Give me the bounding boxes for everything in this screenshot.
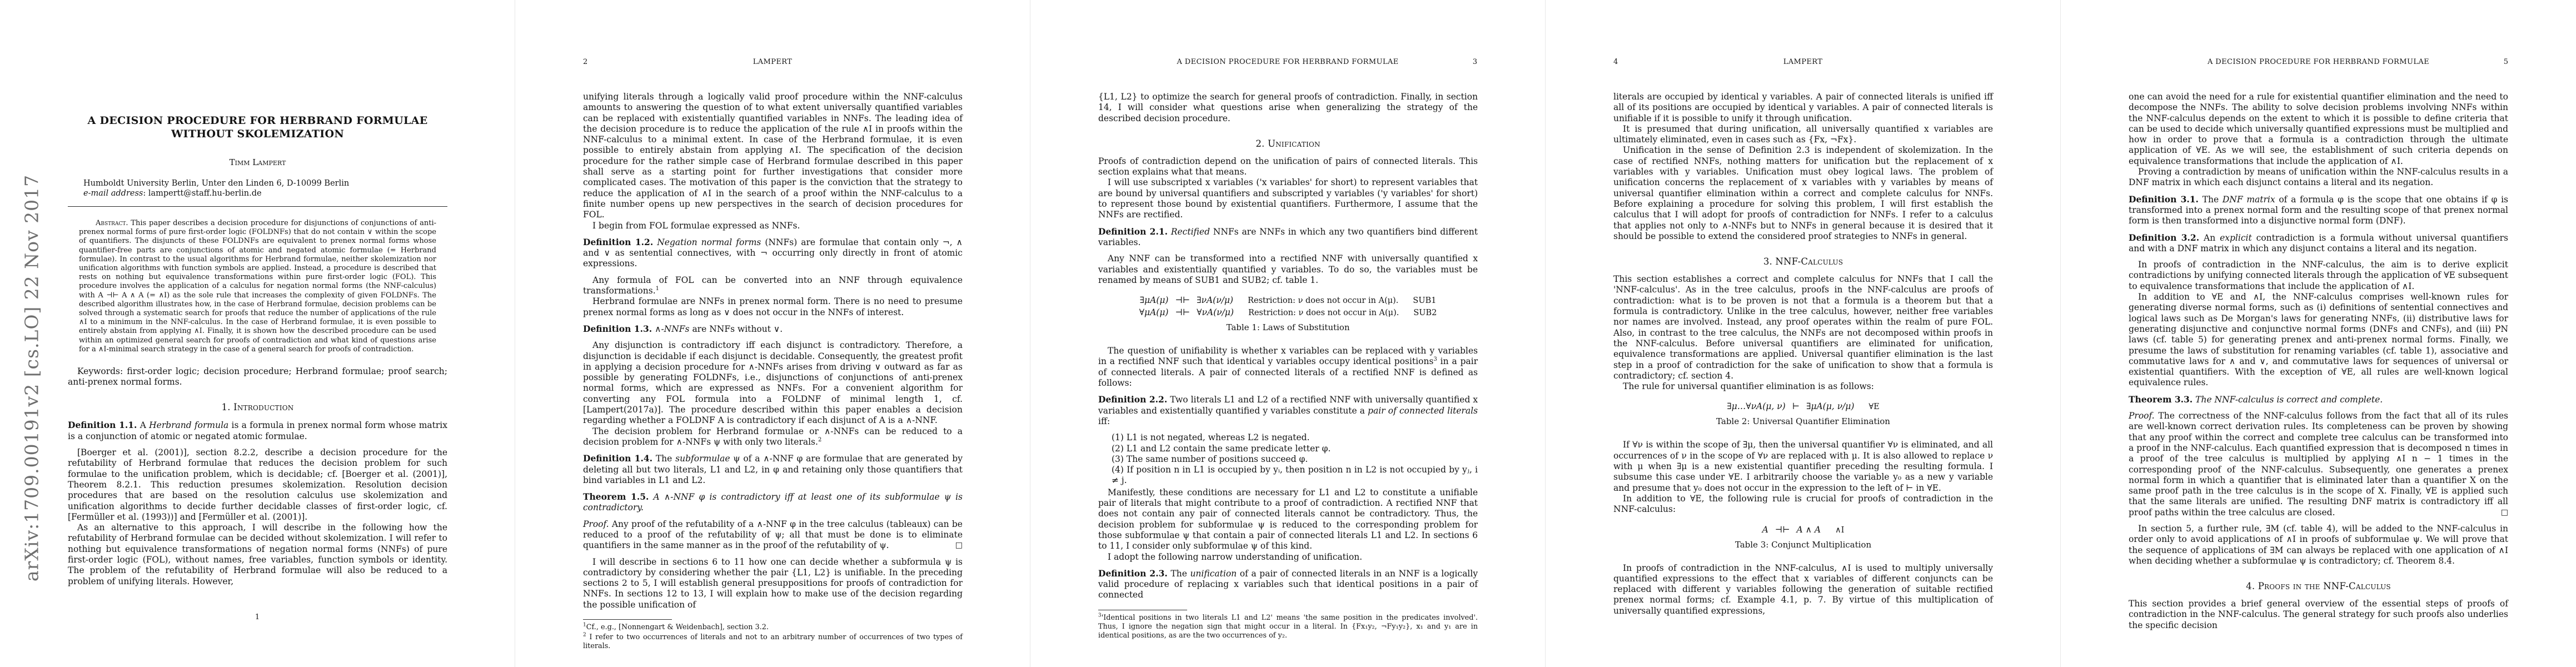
table-row: A ⊣⊢ A ∧ A ∧I bbox=[1613, 524, 1993, 536]
list-item: (2) L1 and L2 contain the same predicate… bbox=[1112, 444, 1478, 454]
paragraph: In section 5, a further rule, ∃M (cf. ta… bbox=[2129, 524, 2508, 566]
table-caption: Table 1: Laws of Substitution bbox=[1098, 322, 1478, 332]
running-head: A DECISION PROCEDURE FOR HERBRAND FORMUL… bbox=[1098, 58, 1477, 68]
address: Humboldt University Berlin, Unter den Li… bbox=[68, 178, 447, 198]
email-value: : lampertt@staff.hu-berlin.de bbox=[143, 189, 261, 198]
paragraph: [Boerger et al. (2001)], section 8.2.2, … bbox=[68, 447, 447, 522]
definition-1-2: Definition 1.2. Negation normal forms (N… bbox=[583, 237, 963, 270]
paper-spread: arXiv:1709.00191v2 [cs.LO] 22 Nov 2017 A… bbox=[0, 0, 2576, 667]
paragraph: It is presumed that during unification, … bbox=[1613, 124, 1993, 146]
paragraph: I will use subscripted x variables ('x v… bbox=[1098, 177, 1478, 220]
enumerated-list: (1) L1 is not negated, whereas L2 is neg… bbox=[1112, 432, 1478, 486]
page-5: A DECISION PROCEDURE FOR HERBRAND FORMUL… bbox=[2061, 0, 2576, 667]
paragraph: one can avoid the need for a rule for ex… bbox=[2129, 92, 2508, 167]
paper-title: A DECISION PROCEDURE FOR HERBRAND FORMUL… bbox=[68, 114, 447, 141]
email-line: e-mail address: lampertt@staff.hu-berlin… bbox=[83, 188, 447, 198]
paragraph: Manifestly, these conditions are necessa… bbox=[1098, 487, 1478, 552]
definition-2-1: Definition 2.1. Rectified NNFs are NNFs … bbox=[1098, 226, 1478, 248]
definition-1-1: Definition 1.1. A Herbrand formula is a … bbox=[68, 420, 447, 442]
table-row: ∃μ…∀νA(μ, ν) ⊢ ∃μA(μ, ν/μ) ∀E bbox=[1613, 401, 1993, 413]
abstract-label: Abstract. bbox=[96, 219, 128, 227]
footnote-rule bbox=[1098, 610, 1187, 610]
list-item: (4) If position n in L1 is occupied by y… bbox=[1112, 465, 1478, 486]
definition-1-4: Definition 1.4. The subformulae ψ of a ∧… bbox=[583, 453, 963, 486]
keywords: Keywords: first-order logic; decision pr… bbox=[68, 366, 447, 387]
paragraph: If ∀ν is within the scope of ∃μ, then th… bbox=[1613, 440, 1993, 493]
section-heading-2: 2. Unification bbox=[1098, 138, 1478, 149]
running-head: 4 LAMPERT bbox=[1613, 58, 1992, 68]
running-title: A DECISION PROCEDURE FOR HERBRAND FORMUL… bbox=[2129, 58, 2508, 66]
running-head: 2 LAMPERT bbox=[583, 58, 962, 68]
theorem-1-5: Theorem 1.5. A ∧-NNF φ is contradictory … bbox=[583, 491, 963, 514]
abstract-text: This paper describes a decision procedur… bbox=[79, 219, 436, 354]
paragraph: In addition to ∀E and ∧I, the NNF-calcul… bbox=[2129, 292, 2508, 389]
address-line: Humboldt University Berlin, Unter den Li… bbox=[83, 178, 447, 188]
paragraph: In addition to ∀E, the following rule is… bbox=[1613, 494, 1993, 515]
running-author: LAMPERT bbox=[1613, 58, 1992, 66]
paragraph: In proofs of contradiction in the NNF-ca… bbox=[2129, 260, 2508, 292]
section-heading-3: 3. NNF-Calculus bbox=[1613, 256, 1993, 267]
definition-2-3: Definition 2.3. The unification of a pai… bbox=[1098, 568, 1478, 601]
section-heading-4: 4. Proofs in the NNF-Calculus bbox=[2129, 581, 2508, 591]
page-number: 4 bbox=[1613, 58, 1618, 66]
paragraph: This section provides a brief general ov… bbox=[2129, 599, 2508, 631]
paragraph: This section establishes a correct and c… bbox=[1613, 274, 1993, 381]
author: Timm Lampert bbox=[68, 157, 447, 167]
paragraph: I adopt the following narrow understandi… bbox=[1098, 552, 1478, 563]
table-row: ∀μA(μ) ⊣⊢ ∀νA(ν/μ) Restriction: ν does n… bbox=[1098, 307, 1478, 319]
paragraph: As an alternative to this approach, I wi… bbox=[68, 522, 447, 587]
footnote-3: 3'Identical positions in two literals L1… bbox=[1098, 614, 1478, 640]
email-label: e-mail address bbox=[83, 189, 143, 198]
paragraph: Any formula of FOL can be converted into… bbox=[583, 275, 963, 297]
page-1: arXiv:1709.00191v2 [cs.LO] 22 Nov 2017 A… bbox=[0, 0, 515, 667]
list-item: (1) L1 is not negated, whereas L2 is neg… bbox=[1112, 432, 1478, 443]
proof-1-5: Proof. Any proof of the refutability of … bbox=[583, 519, 963, 551]
paragraph: The decision problem for Herbrand formul… bbox=[583, 426, 963, 448]
definition-1-3: Definition 1.3. ∧-NNFs are NNFs without … bbox=[583, 323, 963, 335]
table-1: ∃μA(μ) ⊣⊢ ∃νA(ν/μ) Restriction: ν does n… bbox=[1098, 295, 1478, 332]
paragraph: Herbrand formulae are NNFs in prenex nor… bbox=[583, 296, 963, 318]
header-rule bbox=[68, 206, 447, 207]
running-title: A DECISION PROCEDURE FOR HERBRAND FORMUL… bbox=[1098, 58, 1477, 66]
paragraph: Proving a contradiction by means of unif… bbox=[2129, 167, 2508, 188]
page-number: 5 bbox=[2504, 58, 2508, 66]
abstract: Abstract. This paper describes a decisio… bbox=[79, 219, 436, 354]
footnote-marker: 1 bbox=[656, 286, 659, 292]
paragraph: I will describe in sections 6 to 11 how … bbox=[583, 557, 963, 610]
footnote-2: 2 I refer to two occurrences of literals… bbox=[583, 633, 963, 651]
proof-3-3: Proof. The correctness of the NNF-calcul… bbox=[2129, 411, 2508, 518]
running-author: LAMPERT bbox=[583, 58, 962, 66]
paragraph: {L1, L2} to optimize the search for gene… bbox=[1098, 92, 1478, 124]
running-head: A DECISION PROCEDURE FOR HERBRAND FORMUL… bbox=[2129, 58, 2508, 68]
page-number: 3 bbox=[1473, 58, 1477, 66]
paragraph: In proofs of contradiction in the NNF-ca… bbox=[1613, 563, 1993, 616]
paragraph: Any NNF can be transformed into a rectif… bbox=[1098, 253, 1478, 286]
footnote-1: 1Cf., e.g., [Nonnengart & Weidenbach], s… bbox=[583, 623, 963, 632]
qed-box: □ bbox=[955, 540, 963, 551]
definition-3-1: Definition 3.1. The DNF matrix of a form… bbox=[2129, 194, 2508, 227]
theorem-3-3: Theorem 3.3. The NNF-calculus is correct… bbox=[2129, 394, 2508, 405]
table-caption: Table 3: Conjunct Multiplication bbox=[1613, 540, 1993, 550]
footnote-rule bbox=[583, 619, 672, 620]
table-2: ∃μ…∀νA(μ, ν) ⊢ ∃μA(μ, ν/μ) ∀E Table 2: U… bbox=[1613, 401, 1993, 426]
paragraph: Any disjunction is contradictory iff eac… bbox=[583, 340, 963, 426]
page-4: 4 LAMPERT literals are occupied by ident… bbox=[1546, 0, 2061, 667]
table-caption: Table 2: Universal Quantifier Eliminatio… bbox=[1613, 416, 1993, 426]
paragraph: The rule for universal quantifier elimin… bbox=[1613, 381, 1993, 392]
section-heading-1: 1. Introduction bbox=[68, 402, 447, 412]
paragraph: Proofs of contradiction depend on the un… bbox=[1098, 156, 1478, 178]
arxiv-stamp: arXiv:1709.00191v2 [cs.LO] 22 Nov 2017 bbox=[21, 175, 43, 581]
page-number: 1 bbox=[0, 613, 515, 621]
table-3: A ⊣⊢ A ∧ A ∧I Table 3: Conjunct Multipli… bbox=[1613, 524, 1993, 550]
paragraph: unifying literals through a logically va… bbox=[583, 92, 963, 221]
paragraph: I begin from FOL formulae expressed as N… bbox=[583, 221, 963, 231]
qed-box: □ bbox=[2501, 507, 2508, 518]
footnote-marker: 2 bbox=[818, 437, 821, 443]
definition-3-2: Definition 3.2. An explicit contradictio… bbox=[2129, 232, 2508, 255]
definition-2-2: Definition 2.2. Two literals L1 and L2 o… bbox=[1098, 394, 1478, 427]
page-2: 2 LAMPERT unifying literals through a lo… bbox=[515, 0, 1030, 667]
paragraph: Unification in the sense of Definition 2… bbox=[1613, 145, 1993, 242]
list-item: (3) The same number of positions succeed… bbox=[1112, 454, 1478, 465]
page-number: 2 bbox=[583, 58, 587, 66]
table-row: ∃μA(μ) ⊣⊢ ∃νA(ν/μ) Restriction: ν does n… bbox=[1098, 295, 1478, 307]
paragraph: literals are occupied by identical y var… bbox=[1613, 92, 1993, 124]
page-3: A DECISION PROCEDURE FOR HERBRAND FORMUL… bbox=[1030, 0, 1546, 667]
paragraph: The question of unifiability is whether … bbox=[1098, 346, 1478, 389]
